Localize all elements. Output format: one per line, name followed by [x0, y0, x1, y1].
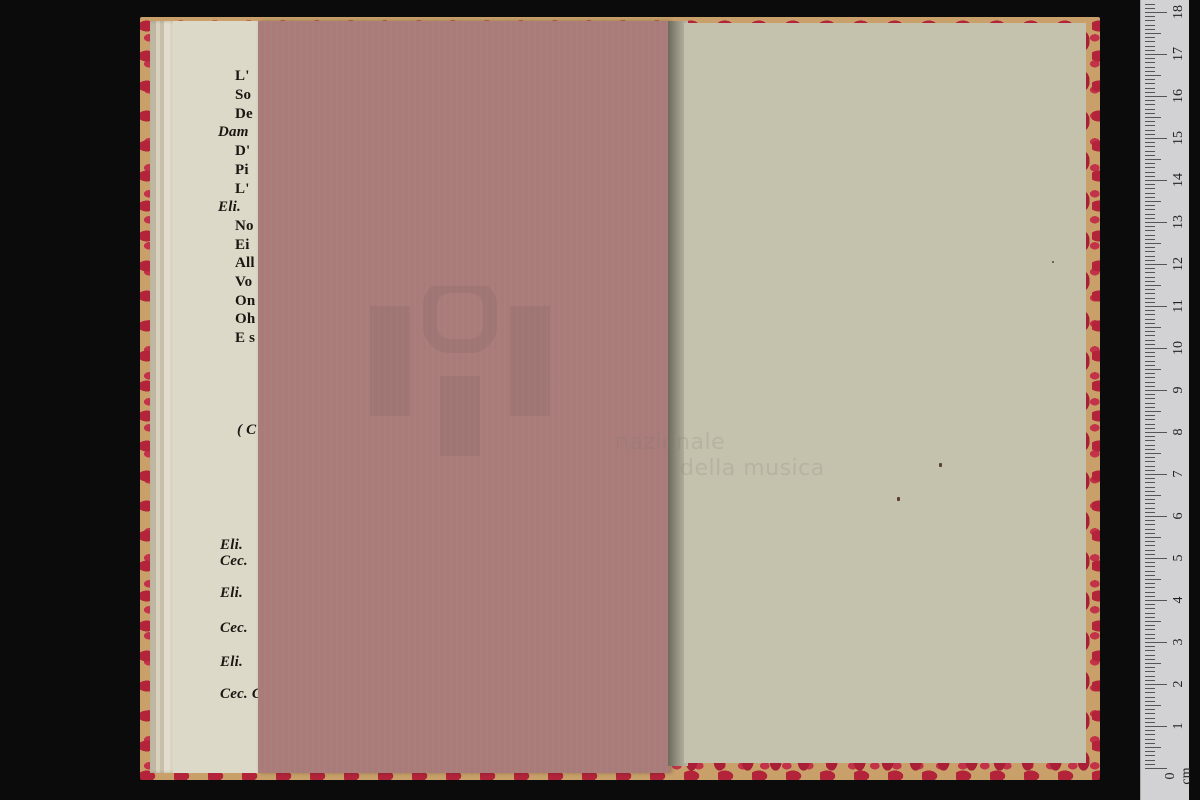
ruler-tick [1145, 340, 1155, 341]
ruler-tick [1145, 377, 1155, 378]
ruler-tick [1145, 58, 1155, 59]
ruler-tick [1145, 88, 1155, 89]
ruler-tick [1145, 247, 1155, 248]
ruler-tick [1145, 222, 1167, 223]
ruler-tick [1145, 432, 1167, 433]
ruler-tick [1145, 419, 1155, 420]
ruler-tick [1145, 760, 1155, 761]
ruler-tick [1145, 117, 1161, 118]
ruler-tick [1145, 146, 1155, 147]
ruler-tick [1145, 184, 1155, 185]
text-line: D' [235, 143, 250, 160]
ruler-tick [1145, 398, 1155, 399]
ruler-tick [1145, 214, 1155, 215]
ruler-tick [1145, 751, 1155, 752]
ruler-tick [1145, 62, 1155, 63]
ruler-tick [1145, 701, 1155, 702]
ruler-tick [1145, 617, 1155, 618]
text-line: Eli. [220, 585, 243, 602]
watermark-line-1: nazionale [615, 430, 725, 455]
ruler-tick [1145, 20, 1155, 21]
ruler-tick [1145, 96, 1167, 97]
ruler-tick [1145, 550, 1155, 551]
ruler-tick [1145, 629, 1155, 630]
ruler-tick [1145, 453, 1161, 454]
ruler-tick [1145, 705, 1161, 706]
ruler-tick [1145, 461, 1155, 462]
paper-speck [1052, 261, 1054, 263]
ruler-tick [1145, 314, 1155, 315]
ruler-tick [1145, 54, 1167, 55]
ruler-tick [1145, 176, 1155, 177]
ruler-tick [1145, 571, 1155, 572]
ruler-tick [1145, 692, 1155, 693]
ruler-tick [1145, 327, 1161, 328]
ruler-tick [1145, 16, 1155, 17]
ruler-tick [1145, 562, 1155, 563]
ruler-tick [1145, 503, 1155, 504]
ruler-tick [1145, 537, 1161, 538]
ruler-tick [1145, 415, 1155, 416]
left-text-page: L'SoDeDamD'PiL'Eli.NoEiAllVoOnOhE s( CEl… [173, 21, 265, 773]
ruler-tick [1145, 369, 1161, 370]
ruler-tick [1145, 138, 1167, 139]
text-line: L' [235, 68, 250, 85]
measurement-ruler: 0 cm123456789101112131415161718 [1140, 0, 1189, 800]
ruler-tick [1145, 734, 1155, 735]
ruler-tick [1145, 512, 1155, 513]
ruler-tick [1145, 747, 1161, 748]
ruler-tick [1145, 466, 1155, 467]
ruler-tick [1145, 125, 1155, 126]
paper-speck [897, 497, 900, 501]
ruler-tick [1145, 243, 1161, 244]
ruler-tick [1145, 558, 1167, 559]
text-line: L' [235, 181, 250, 198]
ruler-tick [1145, 676, 1155, 677]
text-line: Ei [235, 237, 250, 254]
ruler-tick [1145, 411, 1161, 412]
ruler-tick [1145, 642, 1167, 643]
ruler-tick [1145, 440, 1155, 441]
ruler-tick [1145, 277, 1155, 278]
ruler-tick [1145, 281, 1155, 282]
ruler-tick [1145, 293, 1155, 294]
ruler-tick [1145, 487, 1155, 488]
ruler-tick [1145, 709, 1155, 710]
text-line: On [235, 293, 255, 310]
ruler-tick [1145, 587, 1155, 588]
ruler-tick [1145, 218, 1155, 219]
ruler-tick [1145, 100, 1155, 101]
ruler-tick [1145, 331, 1155, 332]
ruler-tick [1145, 739, 1155, 740]
ruler-tick [1145, 386, 1155, 387]
ruler-label: 9 [1171, 380, 1187, 400]
ruler-tick [1145, 604, 1155, 605]
text-line: Cec. [220, 620, 248, 637]
ruler-tick [1145, 583, 1155, 584]
ruler-tick [1145, 566, 1155, 567]
ruler-label: 12 [1171, 254, 1187, 274]
ruler-label: 1 [1171, 716, 1187, 736]
ruler-tick [1145, 579, 1161, 580]
ruler-tick [1145, 508, 1155, 509]
ruler-tick [1145, 743, 1155, 744]
ruler-tick [1145, 134, 1155, 135]
ruler-tick [1145, 50, 1155, 51]
ruler-label: 7 [1171, 464, 1187, 484]
ruler-tick [1145, 424, 1155, 425]
ruler-tick [1145, 596, 1155, 597]
ruler-tick [1145, 306, 1167, 307]
ruler-tick [1145, 193, 1155, 194]
right-blank-page [684, 23, 1086, 763]
ruler-tick [1145, 638, 1155, 639]
paper-speck [939, 463, 942, 467]
ruler-tick [1145, 613, 1155, 614]
ruler-tick [1145, 197, 1155, 198]
ruler-label: 8 [1171, 422, 1187, 442]
ruler-tick [1145, 235, 1155, 236]
ruler-tick [1145, 755, 1155, 756]
ruler-tick [1145, 285, 1161, 286]
ruler-tick [1145, 373, 1155, 374]
ruler-tick [1145, 545, 1155, 546]
text-line: Oh [235, 311, 255, 328]
ruler-tick [1145, 600, 1167, 601]
ruler-tick [1145, 529, 1155, 530]
text-line: ( C [237, 422, 256, 439]
ruler-tick [1145, 226, 1155, 227]
ruler-tick [1145, 46, 1155, 47]
watermark-logo-icon [370, 286, 550, 456]
ruler-tick [1145, 335, 1155, 336]
ruler-tick [1145, 575, 1155, 576]
ruler-tick [1145, 428, 1155, 429]
ruler-tick [1145, 12, 1167, 13]
text-line: So [235, 87, 251, 104]
ruler-tick [1145, 592, 1155, 593]
ruler-tick [1145, 348, 1167, 349]
ruler-tick [1145, 75, 1161, 76]
ruler-tick [1145, 730, 1155, 731]
ruler-tick [1145, 264, 1167, 265]
ruler-tick [1145, 319, 1155, 320]
ruler-tick [1145, 659, 1155, 660]
ruler-tick [1145, 457, 1155, 458]
ruler-tick [1145, 352, 1155, 353]
text-line: Eli. [218, 199, 241, 216]
ruler-tick [1145, 697, 1155, 698]
ruler-tick [1145, 478, 1155, 479]
watermark-line-2: della musica [680, 456, 825, 481]
text-line: De [235, 106, 253, 123]
ruler-tick [1145, 159, 1161, 160]
ruler-tick [1145, 37, 1155, 38]
ruler-tick [1145, 167, 1155, 168]
ruler-label: 2 [1171, 674, 1187, 694]
ruler-tick [1145, 445, 1155, 446]
ruler-tick [1145, 251, 1155, 252]
text-line: All [235, 255, 255, 272]
ruler-tick [1145, 541, 1155, 542]
ruler-tick [1145, 449, 1155, 450]
ruler-tick [1145, 155, 1155, 156]
ruler-tick [1145, 71, 1155, 72]
ruler-tick [1145, 83, 1155, 84]
ruler-tick [1145, 109, 1155, 110]
ruler-tick [1145, 491, 1155, 492]
ruler-tick [1145, 726, 1167, 727]
ruler-tick [1145, 92, 1155, 93]
ruler-label: 15 [1171, 128, 1187, 148]
ruler-tick [1145, 650, 1155, 651]
ruler-tick [1145, 188, 1155, 189]
text-line: Cec. C [220, 686, 262, 703]
ruler-tick [1145, 8, 1155, 9]
ruler-tick [1145, 436, 1155, 437]
text-line: No [235, 218, 254, 235]
ruler-tick [1145, 470, 1155, 471]
ruler-label: 16 [1171, 86, 1187, 106]
ruler-tick [1145, 142, 1155, 143]
ruler-tick [1145, 718, 1155, 719]
ruler-tick [1145, 289, 1155, 290]
ruler-tick [1145, 554, 1155, 555]
ruler-tick [1145, 680, 1155, 681]
ruler-label: 5 [1171, 548, 1187, 568]
ruler-label: 6 [1171, 506, 1187, 526]
text-line: Pi [235, 162, 249, 179]
ruler-label: 4 [1171, 590, 1187, 610]
ruler-tick [1145, 33, 1161, 34]
ruler-tick [1145, 260, 1155, 261]
ruler-tick [1145, 390, 1167, 391]
ruler-tick [1145, 533, 1155, 534]
ruler-tick [1145, 268, 1155, 269]
ruler-tick [1145, 180, 1167, 181]
ruler-label: 14 [1171, 170, 1187, 190]
ruler-tick [1145, 79, 1155, 80]
pink-interleaf [258, 21, 670, 773]
ruler-tick [1145, 621, 1161, 622]
ruler-tick [1145, 302, 1155, 303]
ruler-tick [1145, 256, 1155, 257]
ruler-tick [1145, 121, 1155, 122]
text-line: Cec. [220, 553, 248, 570]
ruler-tick [1145, 646, 1155, 647]
ruler-tick [1145, 474, 1167, 475]
ruler-tick [1145, 163, 1155, 164]
ruler-tick [1145, 407, 1155, 408]
ruler-tick [1145, 722, 1155, 723]
ruler-label: 3 [1171, 632, 1187, 652]
ruler-tick [1145, 499, 1155, 500]
ruler-tick [1145, 713, 1155, 714]
ruler-tick [1145, 239, 1155, 240]
ruler-tick [1145, 365, 1155, 366]
ruler-tick [1145, 310, 1155, 311]
ruler-tick [1145, 67, 1155, 68]
text-line: Vo [235, 274, 252, 291]
ruler-tick [1145, 608, 1155, 609]
ruler-tick [1145, 25, 1155, 26]
ruler-label: 17 [1171, 44, 1187, 64]
ruler-tick [1145, 482, 1155, 483]
ruler-tick [1145, 394, 1155, 395]
ruler-tick [1145, 403, 1155, 404]
ruler-tick [1145, 298, 1155, 299]
ruler-tick [1145, 323, 1155, 324]
ruler-tick [1145, 29, 1155, 30]
ruler-tick [1145, 671, 1155, 672]
ruler-tick [1145, 382, 1155, 383]
text-line: Eli. [220, 654, 243, 671]
ruler-tick [1145, 764, 1155, 765]
text-line: Eli. [220, 537, 243, 554]
ruler-tick [1145, 516, 1167, 517]
ruler-label: 10 [1171, 338, 1187, 358]
text-line: E s [235, 330, 255, 347]
ruler-tick [1145, 172, 1155, 173]
ruler-tick [1145, 151, 1155, 152]
ruler-tick [1145, 361, 1155, 362]
ruler-tick [1145, 667, 1155, 668]
ruler-tick [1145, 344, 1155, 345]
ruler-label: 11 [1171, 296, 1187, 316]
ruler-label: 13 [1171, 212, 1187, 232]
ruler-tick [1145, 356, 1155, 357]
ruler-tick [1145, 625, 1155, 626]
ruler-tick [1145, 688, 1155, 689]
ruler-tick [1145, 209, 1155, 210]
ruler-tick [1145, 230, 1155, 231]
text-line: Dam [218, 124, 249, 141]
ruler-label: 0 cm [1163, 766, 1195, 786]
ruler-tick [1145, 684, 1167, 685]
ruler-tick [1145, 104, 1155, 105]
ruler-tick [1145, 201, 1161, 202]
ruler-tick [1145, 655, 1155, 656]
ruler-tick [1145, 4, 1155, 5]
ruler-tick [1145, 272, 1155, 273]
ruler-tick [1145, 205, 1155, 206]
book-photo: L'SoDeDamD'PiL'Eli.NoEiAllVoOnOhE s( CEl… [0, 0, 1200, 800]
ruler-tick [1145, 634, 1155, 635]
ruler-tick [1145, 520, 1155, 521]
ruler-tick [1145, 41, 1155, 42]
ruler-tick [1145, 113, 1155, 114]
ruler-tick [1145, 663, 1161, 664]
ruler-tick [1145, 130, 1155, 131]
ruler-label: 18 [1171, 2, 1187, 22]
ruler-tick [1145, 495, 1161, 496]
ruler-tick [1145, 524, 1155, 525]
